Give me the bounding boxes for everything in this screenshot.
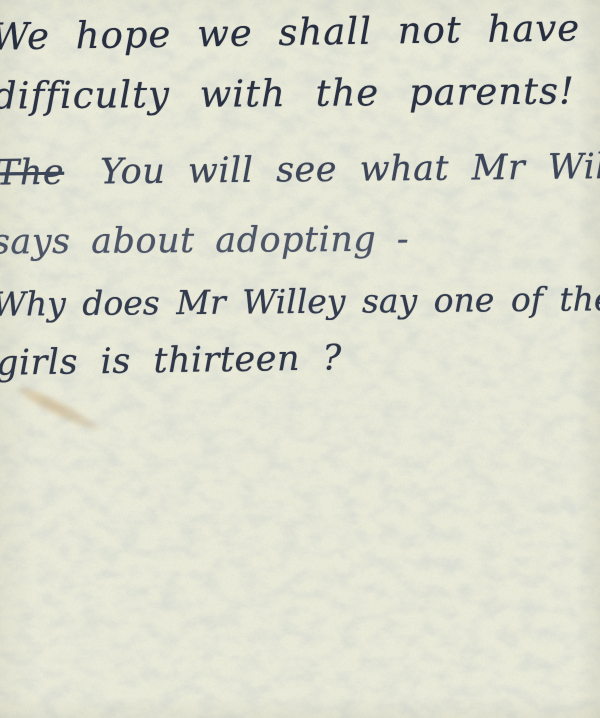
line-text: difficulty with the parents!: [0, 69, 575, 117]
line-text: says about adopting -: [0, 220, 409, 263]
line-text: We hope we shall not have: [0, 6, 580, 58]
handwritten-line-4: says about adopting -: [0, 220, 409, 263]
handwritten-line-2: difficulty with the parents!: [0, 70, 575, 118]
handwritten-line-3: TheYou will see what Mr Willey: [0, 147, 600, 194]
line-text: girls is thirteen ?: [0, 338, 342, 383]
handwritten-line-5: Why does Mr Willey say one of the: [0, 280, 600, 323]
handwritten-line-6: girls is thirteen ?: [0, 338, 342, 384]
letter-page: We hope we shall not have difficulty wit…: [0, 0, 600, 718]
line-text: Why does Mr Willey say one of the: [0, 279, 600, 323]
strikethrough-word: The: [0, 153, 64, 194]
line-text: You will see what Mr Willey: [100, 147, 600, 193]
